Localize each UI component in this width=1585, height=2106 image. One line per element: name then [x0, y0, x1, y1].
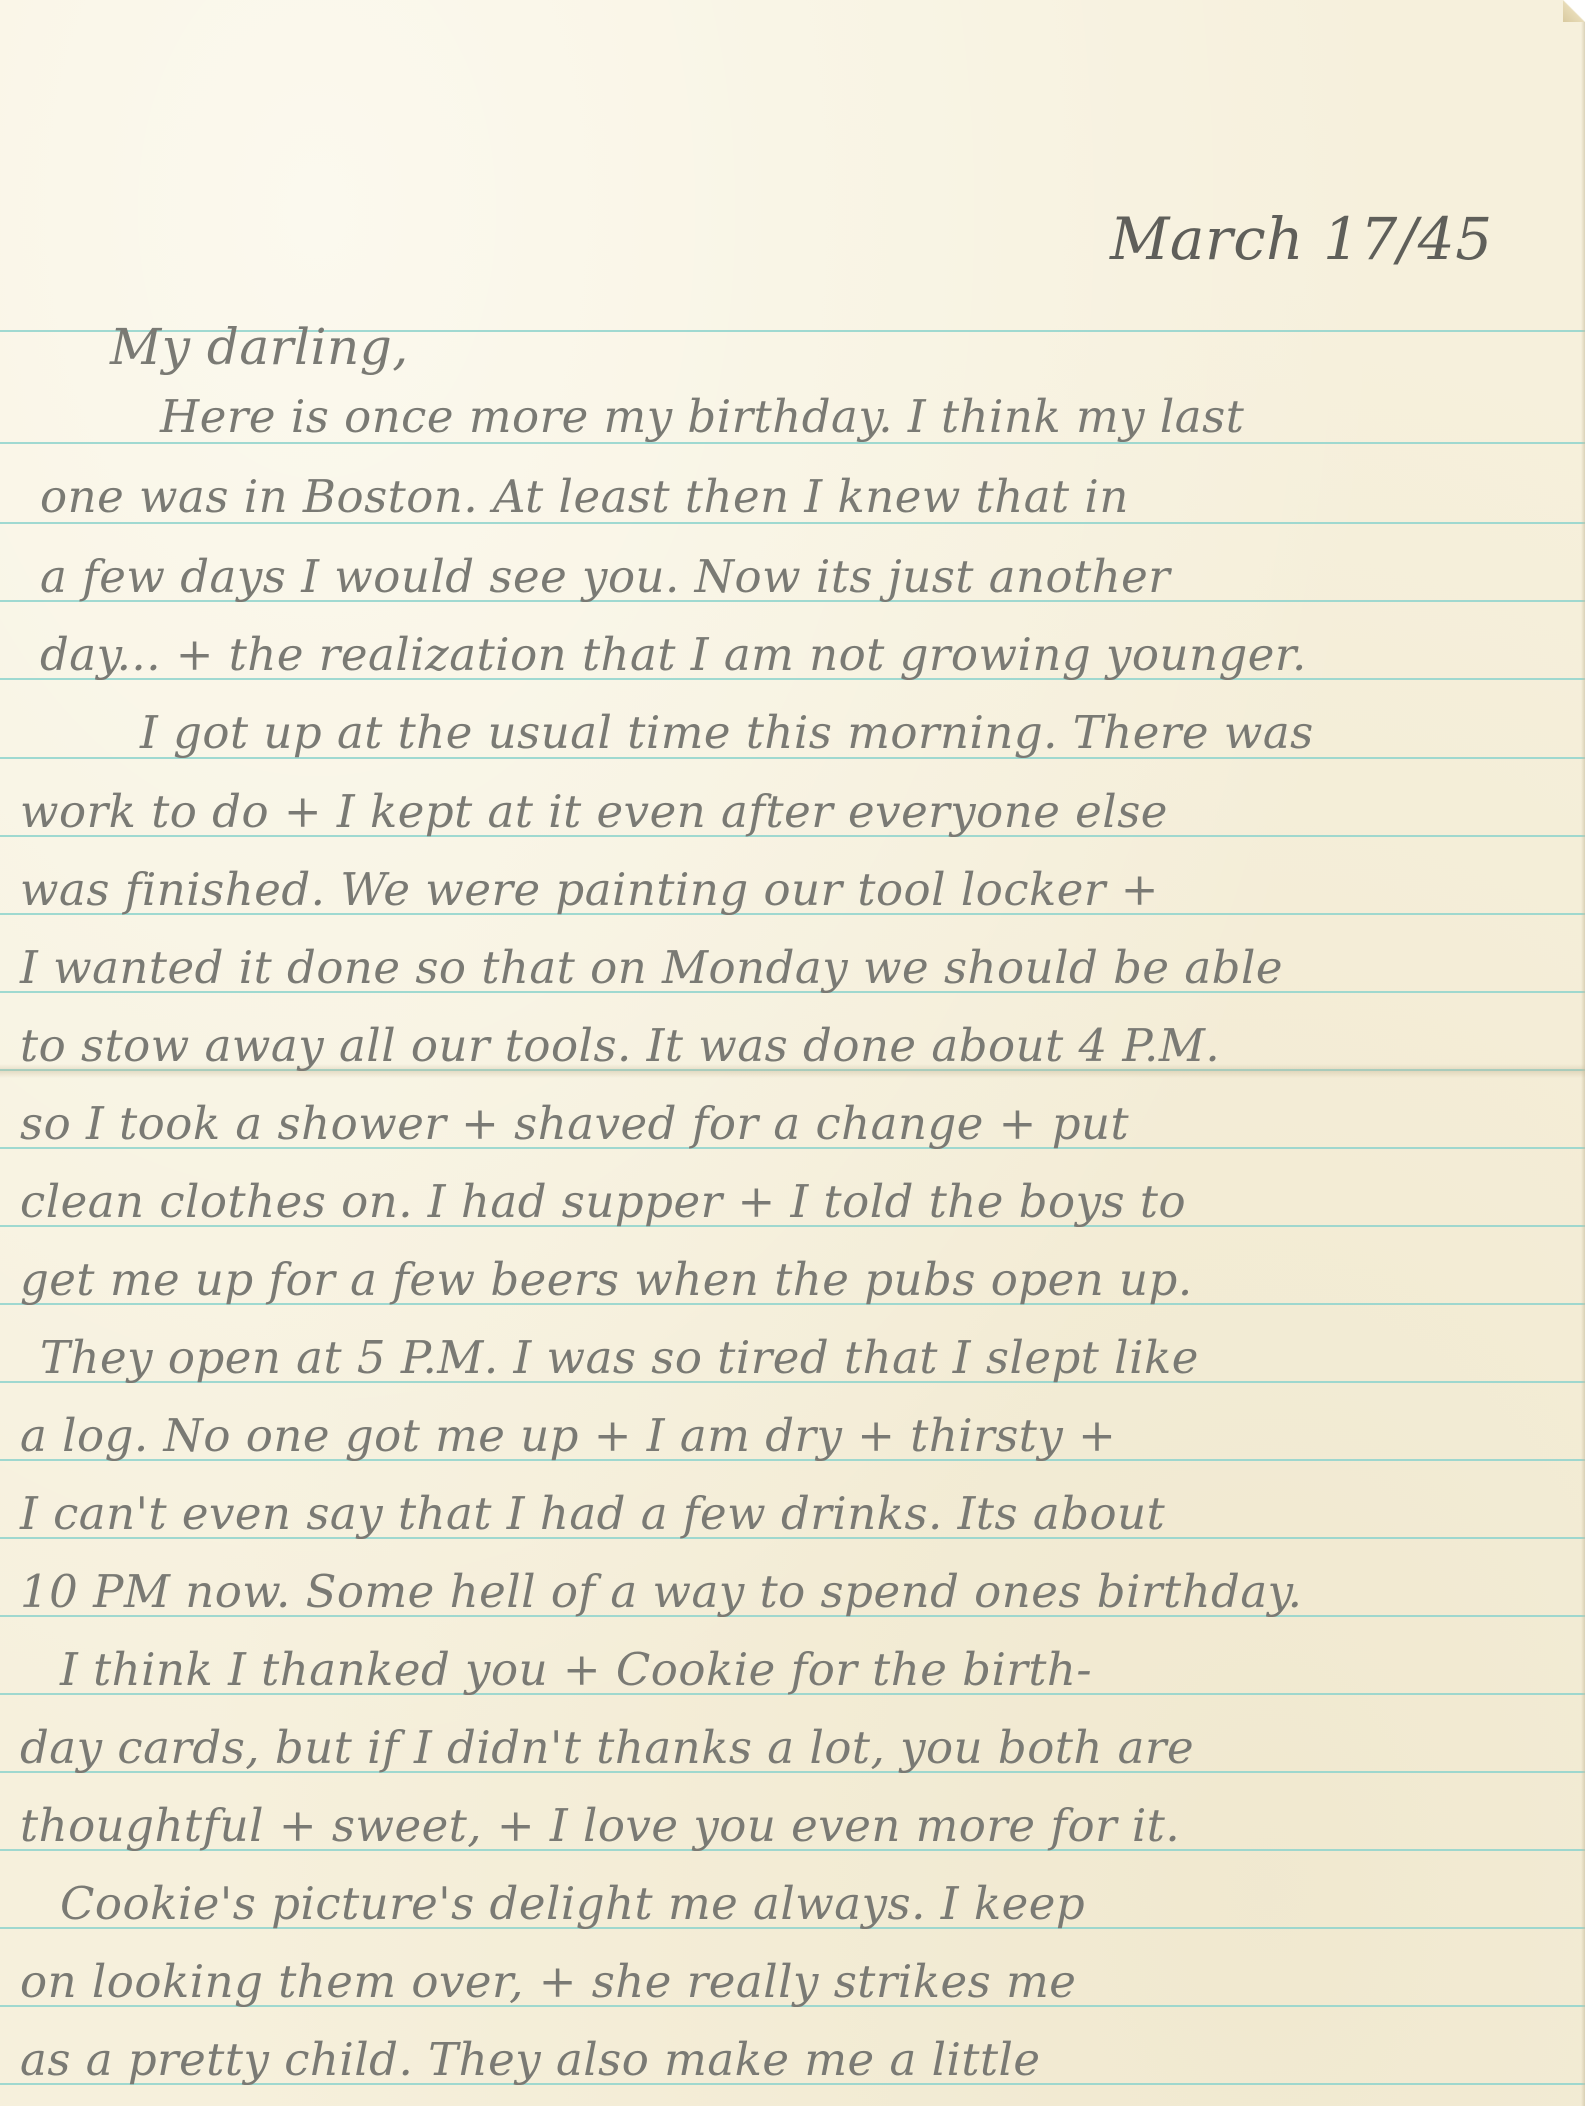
- letter-line: I wanted it done so that on Monday we sh…: [20, 941, 1283, 994]
- letter-greeting: My darling,: [110, 318, 409, 376]
- letter-line: day cards, but if I didn't thanks a lot,…: [20, 1721, 1194, 1774]
- letter-line: to stow away all our tools. It was done …: [20, 1019, 1220, 1072]
- letter-line: 10 PM now. Some hell of a way to spend o…: [20, 1565, 1302, 1618]
- letter-line: Cookie's picture's delight me always. I …: [60, 1877, 1085, 1930]
- letter-page: March 17/45 My darling, Here is once mor…: [0, 0, 1585, 2106]
- letter-line: They open at 5 P.M. I was so tired that …: [40, 1331, 1199, 1384]
- letter-line: one was in Boston. At least then I knew …: [40, 470, 1129, 523]
- letter-line: I can't even say that I had a few drinks…: [20, 1487, 1165, 1540]
- letter-line: day... + the realization that I am not g…: [40, 628, 1307, 681]
- letter-line: was finished. We were painting our tool …: [20, 863, 1159, 916]
- letter-line: a few days I would see you. Now its just…: [40, 550, 1170, 603]
- paper-corner-fold: [1563, 0, 1585, 22]
- letter-line: Here is once more my birthday. I think m…: [160, 390, 1244, 443]
- letter-line: get me up for a few beers when the pubs …: [20, 1253, 1193, 1306]
- letter-line: so I took a shower + shaved for a change…: [20, 1097, 1129, 1150]
- letter-line: as a pretty child. They also make me a l…: [20, 2033, 1041, 2086]
- letter-line: I got up at the usual time this morning.…: [140, 706, 1314, 759]
- letter-line: I think I thanked you + Cookie for the b…: [60, 1643, 1092, 1696]
- letter-line: clean clothes on. I had supper + I told …: [20, 1175, 1186, 1228]
- letter-date: March 17/45: [1110, 205, 1493, 273]
- letter-line: a log. No one got me up + I am dry + thi…: [20, 1409, 1116, 1462]
- letter-line: work to do + I kept at it even after eve…: [20, 785, 1168, 838]
- letter-line: thoughtful + sweet, + I love you even mo…: [20, 1799, 1180, 1852]
- paper-edge: [1581, 22, 1585, 2106]
- letter-line: on looking them over, + she really strik…: [20, 1955, 1076, 2008]
